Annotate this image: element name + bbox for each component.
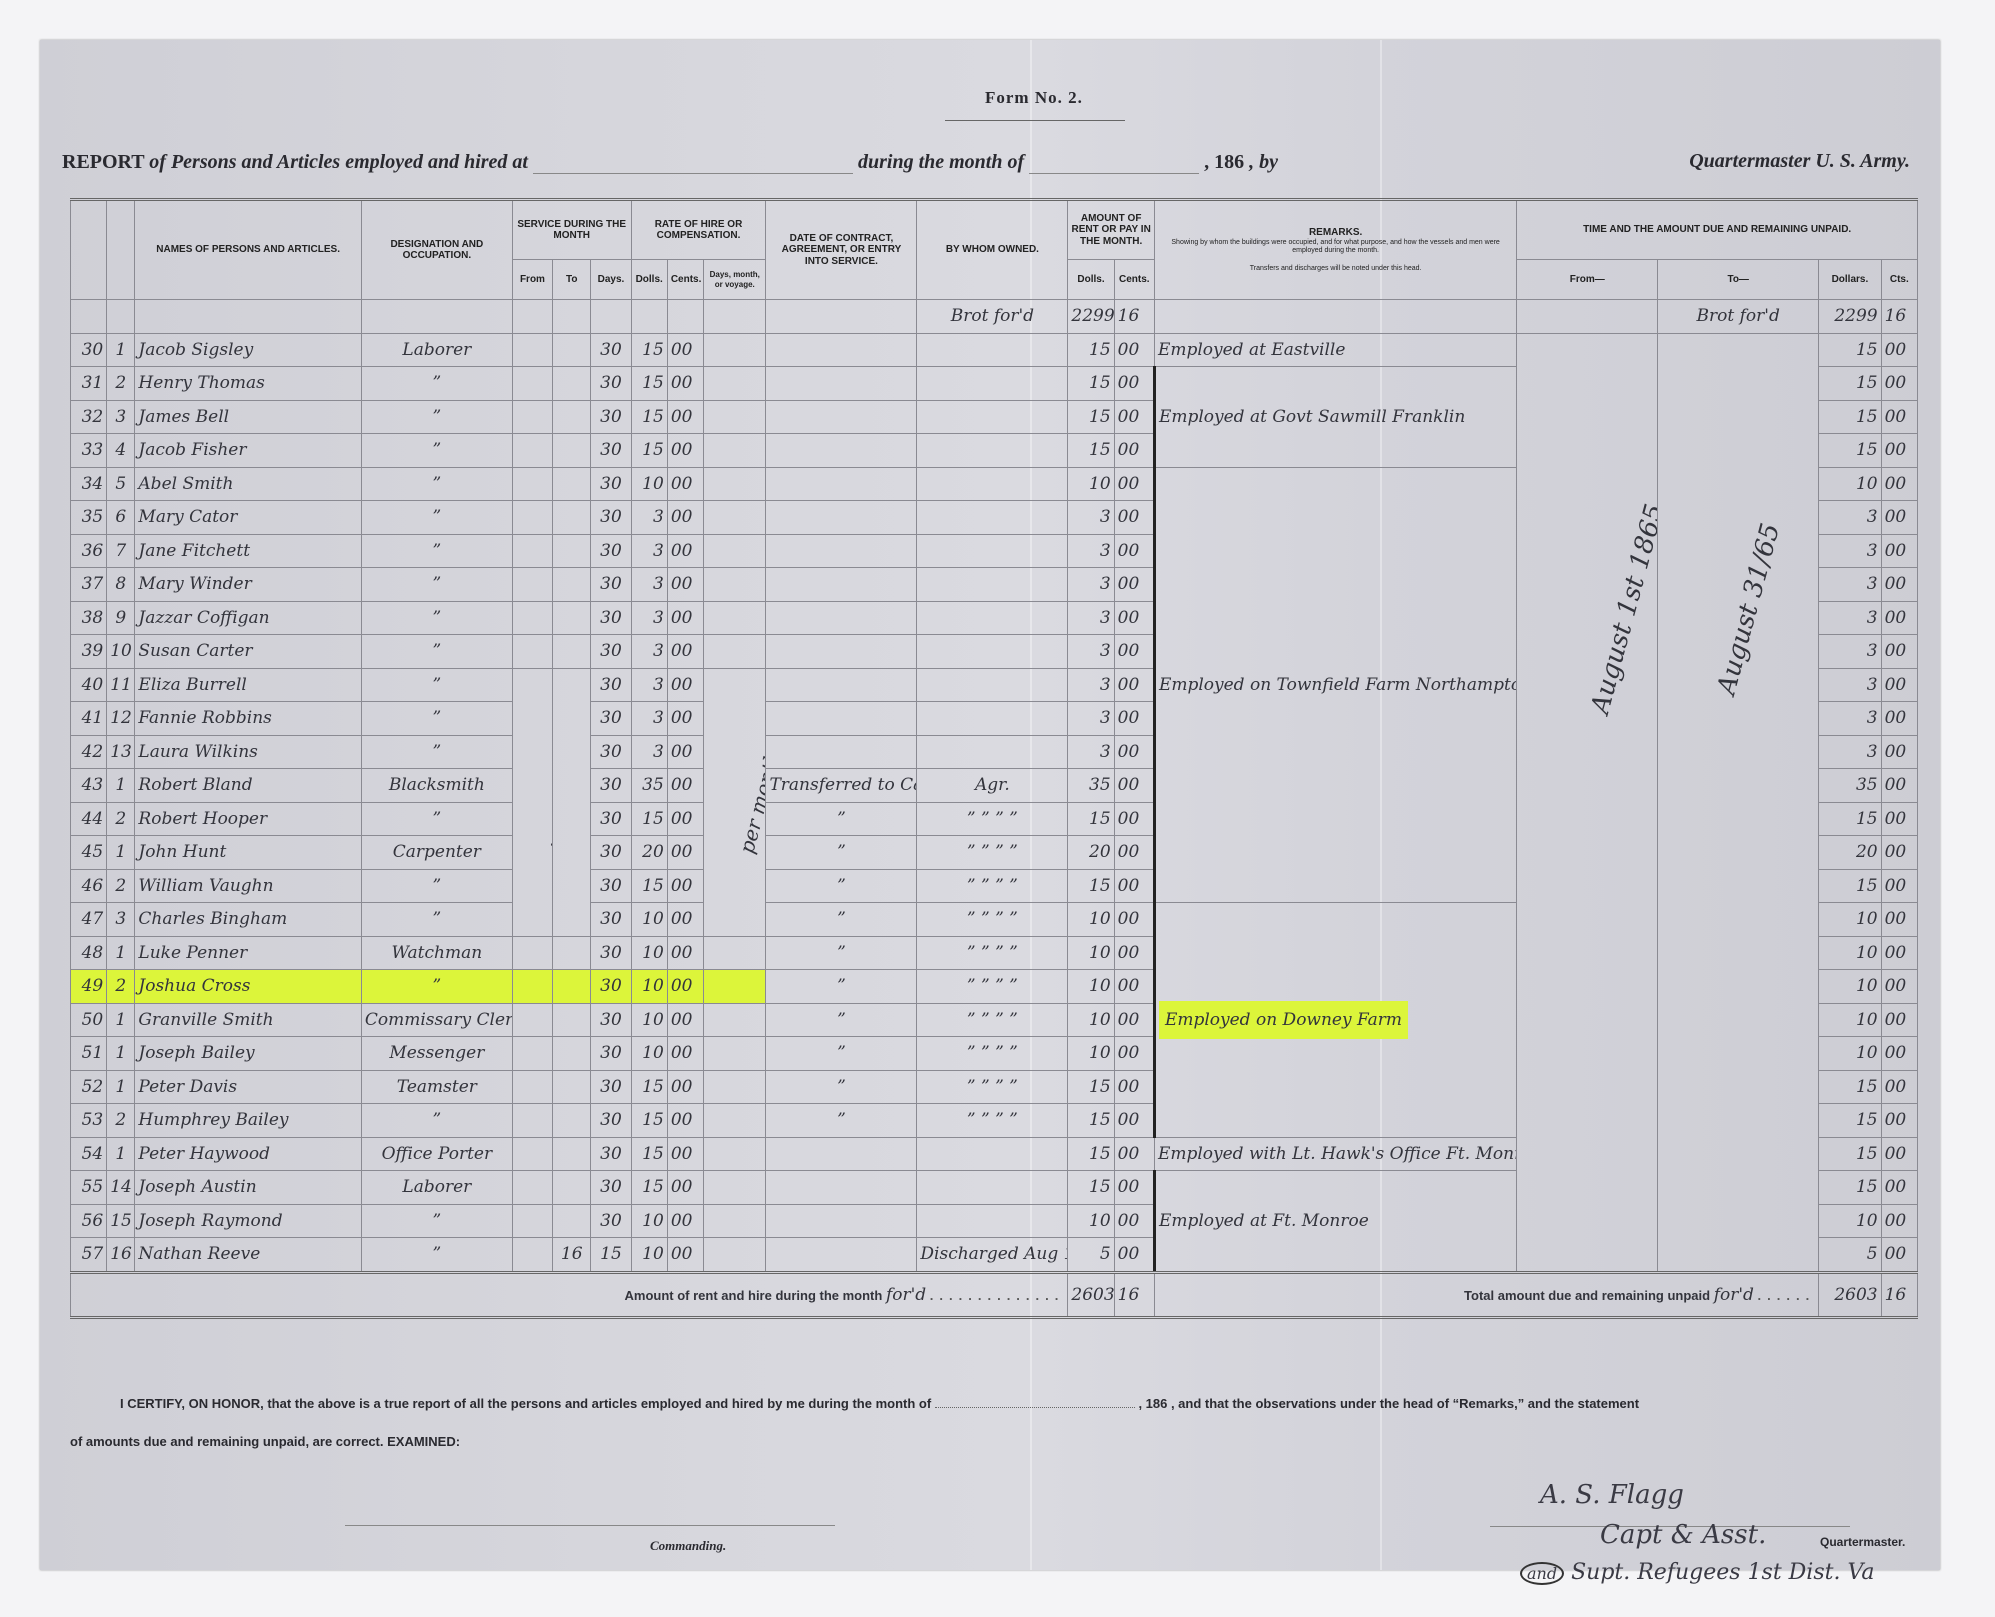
service-days: 30 [591, 702, 631, 736]
amount-dolls: 15 [1068, 400, 1114, 434]
header-time-due: TIME AND THE AMOUNT DUE AND REMAINING UN… [1517, 200, 1918, 260]
service-to: 16 [553, 1238, 591, 1273]
class-number: 8 [107, 568, 135, 602]
running-number: 36 [71, 534, 107, 568]
remark-text: Employed on Downey Farm [1159, 1001, 1408, 1039]
rate-dolls: 3 [631, 635, 667, 669]
due-cts: 00 [1881, 635, 1917, 669]
rate-cents: 00 [667, 1137, 703, 1171]
amount-dolls: 3 [1068, 534, 1114, 568]
rate-period [704, 434, 766, 468]
due-dollars: 15 [1819, 1104, 1881, 1138]
due-dollars: 15 [1819, 333, 1881, 367]
amount-cents: 00 [1114, 501, 1154, 535]
class-number: 11 [107, 668, 135, 702]
person-name: Laura Wilkins [135, 735, 361, 769]
class-number: 1 [107, 1037, 135, 1071]
quartermaster-title: Quartermaster U. S. Army. [1689, 150, 1910, 173]
person-name: Granville Smith [135, 1003, 361, 1037]
owned-by [917, 568, 1068, 602]
contract-date: ” [766, 903, 917, 937]
remark-text: Employed on Townfield Farm Northampton C… [1159, 675, 1517, 695]
header-service-to: To [553, 260, 591, 300]
rate-dolls: 15 [631, 802, 667, 836]
amount-cents: 00 [1114, 400, 1154, 434]
header-running-numbers: Running numbers. [71, 200, 107, 300]
amount-dolls: 35 [1068, 769, 1114, 803]
header-rate: RATE OF HIRE OR COMPENSATION. [631, 200, 766, 260]
occupation: ” [361, 434, 512, 468]
owned-by: Discharged Aug 15th [917, 1238, 1068, 1273]
class-number: 2 [107, 802, 135, 836]
remark-text: Employed at Govt Sawmill Franklin [1159, 407, 1465, 427]
owned-by: ” ” ” ” [917, 802, 1068, 836]
contract-date [766, 568, 917, 602]
service-days: 30 [591, 836, 631, 870]
rate-cents: 00 [667, 1037, 703, 1071]
and-circle: and [1520, 1562, 1564, 1585]
amount-cents: 00 [1114, 1003, 1154, 1037]
amount-dolls: 3 [1068, 735, 1114, 769]
amount-cents: 00 [1114, 1204, 1154, 1238]
signature-name: A. S. Flagg [1540, 1480, 1684, 1510]
owned-by [917, 467, 1068, 501]
rate-period [704, 936, 766, 970]
owned-by [917, 635, 1068, 669]
rate-cents: 00 [667, 903, 703, 937]
remarks-sub1: Showing by whom the buildings were occup… [1158, 239, 1513, 255]
vertical-date: August 1st [545, 746, 553, 857]
occupation: ” [361, 635, 512, 669]
service-days: 30 [591, 1171, 631, 1205]
rate-dolls: 15 [631, 1104, 667, 1138]
class-number: 1 [107, 1137, 135, 1171]
rate-cents: 00 [667, 1171, 703, 1205]
service-from [512, 601, 552, 635]
rate-dolls: 10 [631, 1204, 667, 1238]
amount-cents: 00 [1114, 735, 1154, 769]
rate-dolls: 35 [631, 769, 667, 803]
person-name: Robert Bland [135, 769, 361, 803]
running-number: 47 [71, 903, 107, 937]
running-number: 48 [71, 936, 107, 970]
class-number: 10 [107, 635, 135, 669]
class-number: 1 [107, 836, 135, 870]
occupation: Office Porter [361, 1137, 512, 1171]
table-row: 301Jacob SigsleyLaborer3015001500Employe… [71, 333, 1918, 367]
class-number: 14 [107, 1171, 135, 1205]
amount-dolls: 5 [1068, 1238, 1114, 1273]
class-number: 3 [107, 903, 135, 937]
amount-cents: 00 [1114, 568, 1154, 602]
rate-dolls: 10 [631, 970, 667, 1004]
amount-dolls: 10 [1068, 467, 1114, 501]
vertical-date: August 31/65 [1712, 520, 1787, 698]
period-text: per month [735, 748, 766, 856]
title-by: , by [1249, 151, 1278, 173]
occupation: ” [361, 568, 512, 602]
service-to [553, 1204, 591, 1238]
signature-title: and Supt. Refugees 1st Dist. Va [1520, 1560, 1874, 1585]
contract-date [766, 534, 917, 568]
amount-dolls: 3 [1068, 501, 1114, 535]
contract-date [766, 1238, 917, 1273]
ledger-table: Running numbers. No. of each class. NAME… [70, 198, 1918, 1319]
rate-dolls: 10 [631, 1238, 667, 1273]
rate-dolls: 10 [631, 467, 667, 501]
due-dollars: 3 [1819, 635, 1881, 669]
due-cts: 00 [1881, 1104, 1917, 1138]
rate-dolls: 15 [631, 434, 667, 468]
due-dollars: 3 [1819, 601, 1881, 635]
class-number: 4 [107, 434, 135, 468]
amount-cents: 00 [1114, 1171, 1154, 1205]
owned-by: ” ” ” ” [917, 1037, 1068, 1071]
amount-dolls: 15 [1068, 802, 1114, 836]
rate-dolls: 15 [631, 1171, 667, 1205]
rate-cents: 00 [667, 735, 703, 769]
time-from-note: August 1st 1865 [1517, 333, 1658, 1272]
service-from [512, 1003, 552, 1037]
service-from [512, 970, 552, 1004]
service-to [553, 601, 591, 635]
owned-by [917, 367, 1068, 401]
owned-by [917, 1171, 1068, 1205]
amount-dolls: 15 [1068, 367, 1114, 401]
contract-date: ” [766, 1104, 917, 1138]
person-name: Abel Smith [135, 467, 361, 501]
amount-cents: 00 [1114, 836, 1154, 870]
contract-date [766, 434, 917, 468]
rate-period [704, 467, 766, 501]
contract-date: ” [766, 1003, 917, 1037]
remark-r2: Employed at Govt Sawmill Franklin [1154, 367, 1516, 468]
person-name: Joseph Raymond [135, 1204, 361, 1238]
amount-dolls: 3 [1068, 568, 1114, 602]
rate-cents: 00 [667, 769, 703, 803]
rate-cents: 00 [667, 467, 703, 501]
owned-by: ” ” ” ” [917, 936, 1068, 970]
class-number: 9 [107, 601, 135, 635]
occupation: ” [361, 903, 512, 937]
due-cts: 00 [1881, 1003, 1917, 1037]
amount-dolls-fwd: 2299 [1068, 300, 1114, 334]
rate-cents: 00 [667, 668, 703, 702]
remark-text: Employed at Eastville [1158, 340, 1345, 360]
owned-by [917, 735, 1068, 769]
due-dollars: 15 [1819, 434, 1881, 468]
due-dollars: 15 [1819, 1171, 1881, 1205]
service-to [553, 1037, 591, 1071]
service-days: 30 [591, 367, 631, 401]
header-designation: DESIGNATION AND OCCUPATION. [361, 200, 512, 300]
class-number: 1 [107, 333, 135, 367]
due-cts: 00 [1881, 467, 1917, 501]
rate-dolls: 10 [631, 1003, 667, 1037]
amount-cents: 00 [1114, 668, 1154, 702]
rate-dolls: 3 [631, 568, 667, 602]
remarks-sub2: Transfers and discharges will be noted u… [1158, 265, 1513, 273]
service-days: 30 [591, 1003, 631, 1037]
due-dollars: 3 [1819, 501, 1881, 535]
amount-dolls: 15 [1068, 1070, 1114, 1104]
occupation: Blacksmith [361, 769, 512, 803]
due-cts: 00 [1881, 1137, 1917, 1171]
header-owner: BY WHOM OWNED. [917, 200, 1068, 300]
due-total-dollars: 2603 [1834, 1285, 1877, 1305]
service-days: 30 [591, 1137, 631, 1171]
contract-date: ” [766, 970, 917, 1004]
service-days: 30 [591, 635, 631, 669]
rate-dolls: 15 [631, 869, 667, 903]
occupation: Laborer [361, 333, 512, 367]
amount-dolls: 3 [1068, 601, 1114, 635]
amount-cents: 00 [1114, 1137, 1154, 1171]
rate-dolls: 15 [631, 1070, 667, 1104]
running-number: 30 [71, 333, 107, 367]
due-cts: 00 [1881, 367, 1917, 401]
leader-dots: ...... [1758, 1288, 1816, 1303]
contract-date [766, 601, 917, 635]
running-number: 39 [71, 635, 107, 669]
amount-dolls: 10 [1068, 1003, 1114, 1037]
rate-cents: 00 [667, 1204, 703, 1238]
header-service-from: From [512, 260, 552, 300]
running-number: 38 [71, 601, 107, 635]
service-days: 30 [591, 735, 631, 769]
due-total-label: Total amount due and remaining unpaid [1464, 1288, 1710, 1303]
header-time-from: From— [1517, 260, 1658, 300]
due-total-note: for'd [1714, 1285, 1754, 1305]
rate-dolls: 3 [631, 668, 667, 702]
running-number: 49 [71, 970, 107, 1004]
contract-date [766, 467, 917, 501]
service-from [512, 635, 552, 669]
signature-role: Quartermaster. [1820, 1535, 1905, 1549]
amount-cents: 00 [1114, 1104, 1154, 1138]
location-blank [533, 150, 853, 174]
occupation: Commissary Clerk [361, 1003, 512, 1037]
owned-by [917, 1137, 1068, 1171]
rate-period [704, 635, 766, 669]
contract-date [766, 1137, 917, 1171]
remark-text: Employed with Lt. Hawk's Office Ft. Monr… [1158, 1144, 1517, 1164]
running-number: 40 [71, 668, 107, 702]
rate-dolls: 3 [631, 501, 667, 535]
due-dollars: 3 [1819, 568, 1881, 602]
certification: I CERTIFY, ON HONOR, that the above is a… [70, 1385, 1910, 1461]
service-from [512, 568, 552, 602]
due-dollars: 15 [1819, 802, 1881, 836]
report-title: REPORT of Persons and Articles employed … [62, 150, 1278, 174]
service-days: 30 [591, 903, 631, 937]
person-name: Jane Fitchett [135, 534, 361, 568]
occupation: ” [361, 735, 512, 769]
person-name: Luke Penner [135, 936, 361, 970]
person-name: Henry Thomas [135, 367, 361, 401]
due-cts: 00 [1881, 836, 1917, 870]
service-from [512, 1037, 552, 1071]
rate-period [704, 1037, 766, 1071]
rate-cents: 00 [667, 702, 703, 736]
person-name: Nathan Reeve [135, 1238, 361, 1273]
class-number: 1 [107, 1070, 135, 1104]
due-cts: 00 [1881, 702, 1917, 736]
class-number: 1 [107, 769, 135, 803]
due-cts: 00 [1881, 668, 1917, 702]
due-dollars: 3 [1819, 702, 1881, 736]
class-number: 13 [107, 735, 135, 769]
occupation: ” [361, 702, 512, 736]
service-from [512, 1137, 552, 1171]
occupation: Messenger [361, 1037, 512, 1071]
amount-cents: 00 [1114, 869, 1154, 903]
due-dollars: 20 [1819, 836, 1881, 870]
cert-line1b: , 186 , and that the observations under … [1138, 1396, 1639, 1411]
service-to [553, 434, 591, 468]
service-from [512, 936, 552, 970]
running-number: 31 [71, 367, 107, 401]
person-name: Susan Carter [135, 635, 361, 669]
service-to [553, 635, 591, 669]
rate-dolls: 20 [631, 836, 667, 870]
service-days: 30 [591, 534, 631, 568]
person-name: Jacob Fisher [135, 434, 361, 468]
rate-period [704, 568, 766, 602]
title-prefix: REPORT [62, 151, 144, 173]
class-number: 12 [107, 702, 135, 736]
amount-cents: 00 [1114, 434, 1154, 468]
running-number: 43 [71, 769, 107, 803]
rate-period [704, 1137, 766, 1171]
service-days: 30 [591, 400, 631, 434]
service-from [512, 467, 552, 501]
person-name: Joseph Austin [135, 1171, 361, 1205]
owned-by [917, 501, 1068, 535]
service-to [553, 467, 591, 501]
contract-date: ” [766, 1070, 917, 1104]
person-name: Peter Haywood [135, 1137, 361, 1171]
rate-period [704, 534, 766, 568]
due-cts: 00 [1881, 1037, 1917, 1071]
ledger-body: Brot for'd 2299 16 Brot for'd 2299 16 30… [71, 300, 1918, 1273]
owned-by: ” ” ” ” [917, 903, 1068, 937]
service-days: 30 [591, 501, 631, 535]
rate-dolls: 3 [631, 702, 667, 736]
rate-period [704, 400, 766, 434]
running-number: 34 [71, 467, 107, 501]
remark-text: Employed at Ft. Monroe [1159, 1211, 1369, 1231]
person-name: Eliza Burrell [135, 668, 361, 702]
contract-date [766, 333, 917, 367]
due-cts: 00 [1881, 802, 1917, 836]
due-total-cts: 16 [1885, 1285, 1907, 1305]
due-dollars: 10 [1819, 467, 1881, 501]
rate-dolls: 15 [631, 1137, 667, 1171]
person-name: Robert Hooper [135, 802, 361, 836]
owned-by: ” ” ” ” [917, 1003, 1068, 1037]
amount-cents: 00 [1114, 367, 1154, 401]
running-number: 41 [71, 702, 107, 736]
occupation: ” [361, 467, 512, 501]
owned-by [917, 702, 1068, 736]
totals: Amount of rent and hire during the month… [71, 1272, 1918, 1317]
class-number: 1 [107, 936, 135, 970]
rate-cents: 00 [667, 568, 703, 602]
header-service-days: Days. [591, 260, 631, 300]
amount-dolls: 15 [1068, 1104, 1114, 1138]
due-cts: 00 [1881, 936, 1917, 970]
service-days: 15 [591, 1238, 631, 1273]
contract-date: ” [766, 936, 917, 970]
amount-cents: 00 [1114, 702, 1154, 736]
due-dollars: 15 [1819, 1137, 1881, 1171]
amount-cents: 00 [1114, 1037, 1154, 1071]
document-sheet: Form No. 2. REPORT of Persons and Articl… [40, 40, 1940, 1570]
person-name: Mary Winder [135, 568, 361, 602]
service-from [512, 1238, 552, 1273]
rate-cents: 00 [667, 802, 703, 836]
service-to [553, 367, 591, 401]
amount-dolls: 15 [1068, 869, 1114, 903]
rate-cents: 00 [667, 970, 703, 1004]
amount-cents-fwd: 16 [1114, 300, 1154, 334]
amount-dolls: 10 [1068, 1037, 1114, 1071]
contract-date: ” [766, 1037, 917, 1071]
rate-period [704, 1171, 766, 1205]
due-cts: 00 [1881, 735, 1917, 769]
amount-cents: 00 [1114, 769, 1154, 803]
running-number: 57 [71, 1238, 107, 1273]
vertical-date: August 1st 1865 [1586, 500, 1658, 716]
rate-dolls: 3 [631, 735, 667, 769]
contract-date [766, 501, 917, 535]
remark-r6: Employed at Ft. Monroe [1154, 1171, 1516, 1273]
occupation: Teamster [361, 1070, 512, 1104]
amount-cents: 00 [1114, 1238, 1154, 1273]
header-due-cts: Cts. [1881, 260, 1917, 300]
amount-total-label-cell: Amount of rent and hire during the month… [71, 1272, 1068, 1317]
running-number: 55 [71, 1171, 107, 1205]
owned-by: ” ” ” ” [917, 1070, 1068, 1104]
rate-period-note: per month [704, 668, 766, 936]
service-days: 30 [591, 936, 631, 970]
owned-by [917, 434, 1068, 468]
rate-period [704, 1070, 766, 1104]
month-blank [1029, 150, 1199, 174]
rate-cents: 00 [667, 1238, 703, 1273]
due-dollars: 5 [1819, 1238, 1881, 1273]
service-from [512, 1070, 552, 1104]
service-to [553, 1104, 591, 1138]
owned-by: ” ” ” ” [917, 1104, 1068, 1138]
rate-period [704, 970, 766, 1004]
contract-date: ” [766, 836, 917, 870]
contract-date: ” [766, 802, 917, 836]
due-cts: 00 [1881, 1171, 1917, 1205]
owned-by [917, 601, 1068, 635]
service-to [553, 1070, 591, 1104]
rate-period [704, 333, 766, 367]
service-days: 30 [591, 1037, 631, 1071]
amount-dolls: 10 [1068, 1204, 1114, 1238]
rate-cents: 00 [667, 501, 703, 535]
totals-row: Amount of rent and hire during the month… [71, 1272, 1918, 1317]
due-dollars: 10 [1819, 970, 1881, 1004]
contract-date [766, 668, 917, 702]
due-dollars-fwd: 2299 [1819, 300, 1881, 334]
amount-dolls: 10 [1068, 970, 1114, 1004]
